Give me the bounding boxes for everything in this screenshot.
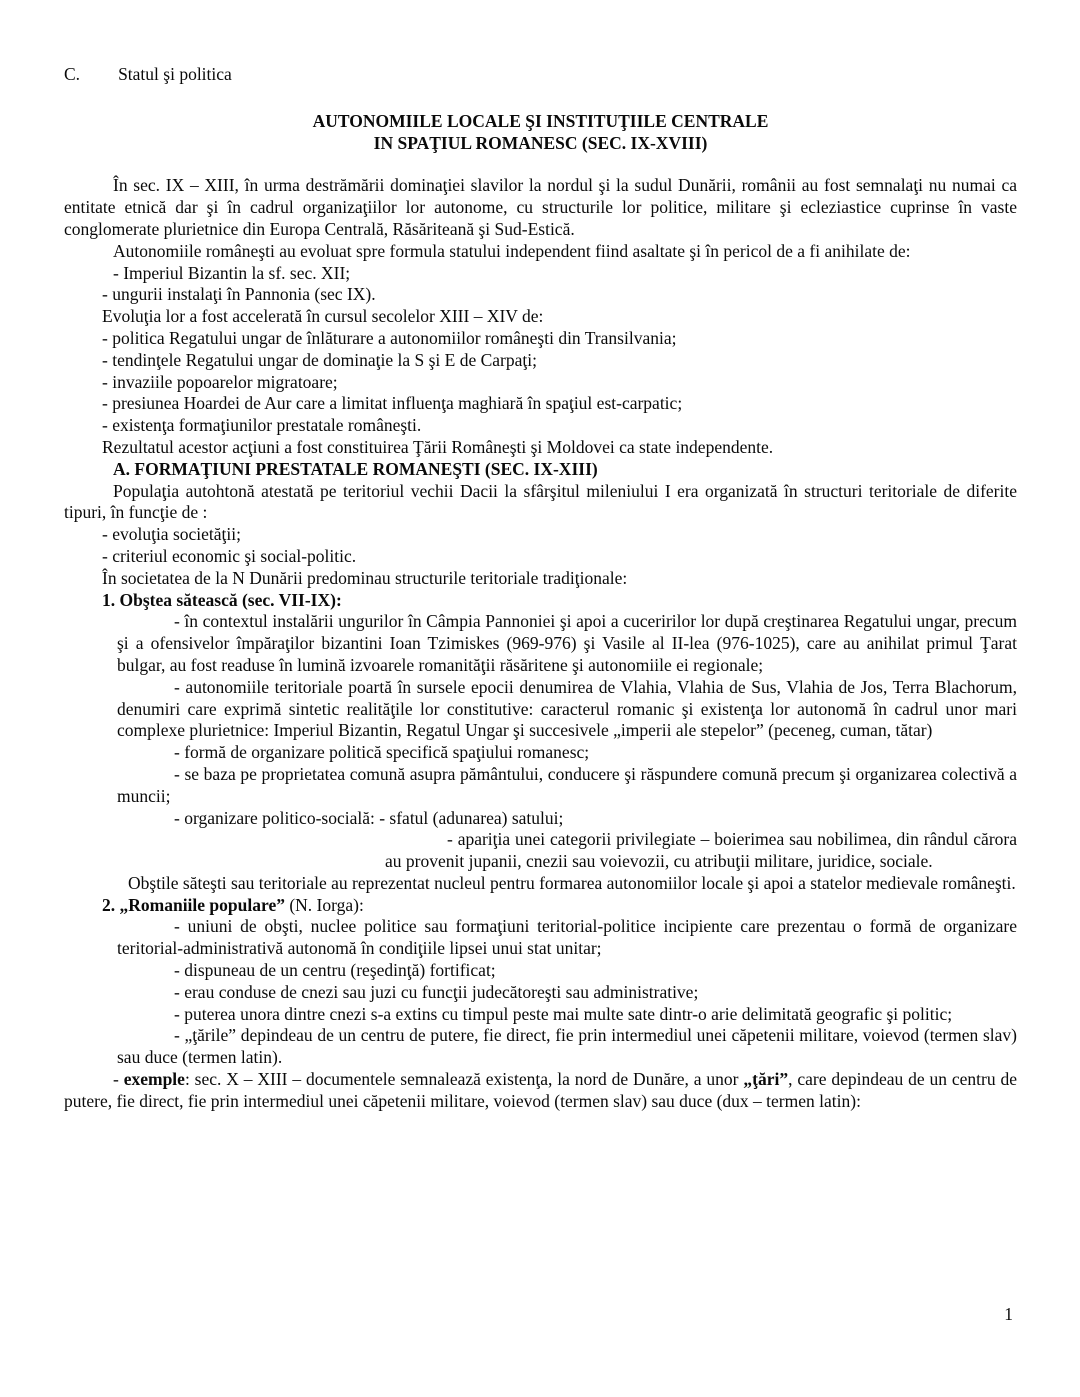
doc-title: AUTONOMIILE LOCALE ŞI INSTITUŢIILE CENTR… — [64, 111, 1017, 155]
exemple-text: : sec. X – XIII – documentele semnalează… — [185, 1069, 743, 1089]
list-item: - formă de organizare politică specifică… — [117, 742, 1017, 764]
section-heading-1: 1. Obştea sătească (sec. VII-IX): — [64, 590, 1017, 612]
list-item: - presiunea Hoardei de Aur care a limita… — [64, 393, 1017, 415]
section-heading-2-bold: 2. „Romaniile populare” — [102, 895, 285, 915]
exemple-dash: - — [113, 1069, 124, 1089]
exemple-tari-bold: „ţări” — [743, 1069, 788, 1089]
list-item: - Imperiul Bizantin la sf. sec. XII; — [64, 263, 1017, 285]
section-header: C.Statul şi politica — [64, 64, 1017, 86]
list-item-exemple: - exemple: sec. X – XIII – documentele s… — [64, 1069, 1017, 1113]
list-item: - ungurii instalaţi în Pannonia (sec IX)… — [64, 284, 1017, 306]
list-item: - existenţa formaţiunilor prestatale rom… — [64, 415, 1017, 437]
list-item: - în contextul instalării ungurilor în C… — [117, 611, 1017, 676]
section-title: Statul şi politica — [118, 64, 232, 84]
list-item: - evoluţia societăţii; — [64, 524, 1017, 546]
section-label: C. — [64, 64, 80, 84]
paragraph: Obştile săteşti sau teritoriale au repre… — [64, 873, 1017, 895]
list-item: - uniuni de obşti, nuclee politice sau f… — [117, 916, 1017, 960]
section-heading-2: 2. „Romaniile populare” (N. Iorga): — [64, 895, 1017, 917]
doc-title-line2: IN SPAŢIUL ROMANESC (SEC. IX-XVIII) — [64, 133, 1017, 155]
paragraph-intro: În sec. IX – XIII, în urma destrămării d… — [64, 175, 1017, 240]
paragraph: Populaţia autohtonă atestată pe teritori… — [64, 481, 1017, 525]
list-item: - organizare politico-socială: - sfatul … — [117, 808, 1017, 830]
list-item: - invaziile popoarelor migratoare; — [64, 372, 1017, 394]
list-item: - erau conduse de cnezi sau juzi cu func… — [117, 982, 1017, 1004]
paragraph: Evoluţia lor a fost accelerată în cursul… — [64, 306, 1017, 328]
list-item: - politica Regatului ungar de înlăturare… — [64, 328, 1017, 350]
nested-list-item: - apariţia unei categorii privilegiate –… — [385, 829, 1017, 873]
list-item: - autonomiile teritoriale poartă în surs… — [117, 677, 1017, 742]
doc-title-line1: AUTONOMIILE LOCALE ŞI INSTITUŢIILE CENTR… — [64, 111, 1017, 133]
paragraph: Autonomiile româneşti au evoluat spre fo… — [64, 241, 1017, 263]
paragraph: Rezultatul acestor acţiuni a fost consti… — [64, 437, 1017, 459]
list-item: - tendinţele Regatului ungar de dominaţi… — [64, 350, 1017, 372]
document-page: C.Statul şi politica AUTONOMIILE LOCALE … — [0, 0, 1080, 1397]
paragraph: În societatea de la N Dunării predominau… — [64, 568, 1017, 590]
exemple-bold: exemple — [124, 1069, 185, 1089]
list-item: - criteriul economic şi social-politic. — [64, 546, 1017, 568]
list-item: - dispuneau de un centru (reşedinţă) for… — [117, 960, 1017, 982]
list-item: - se baza pe proprietatea comună asupra … — [117, 764, 1017, 808]
list-item: - puterea unora dintre cnezi s-a extins … — [117, 1004, 1017, 1026]
page-number: 1 — [1004, 1304, 1013, 1326]
section-heading-a: A. FORMAŢIUNI PRESTATALE ROMANEŞTI (SEC.… — [64, 459, 1017, 481]
list-item: - „ţările” depindeau de un centru de put… — [117, 1025, 1017, 1069]
section-heading-2-normal: (N. Iorga): — [285, 895, 364, 915]
